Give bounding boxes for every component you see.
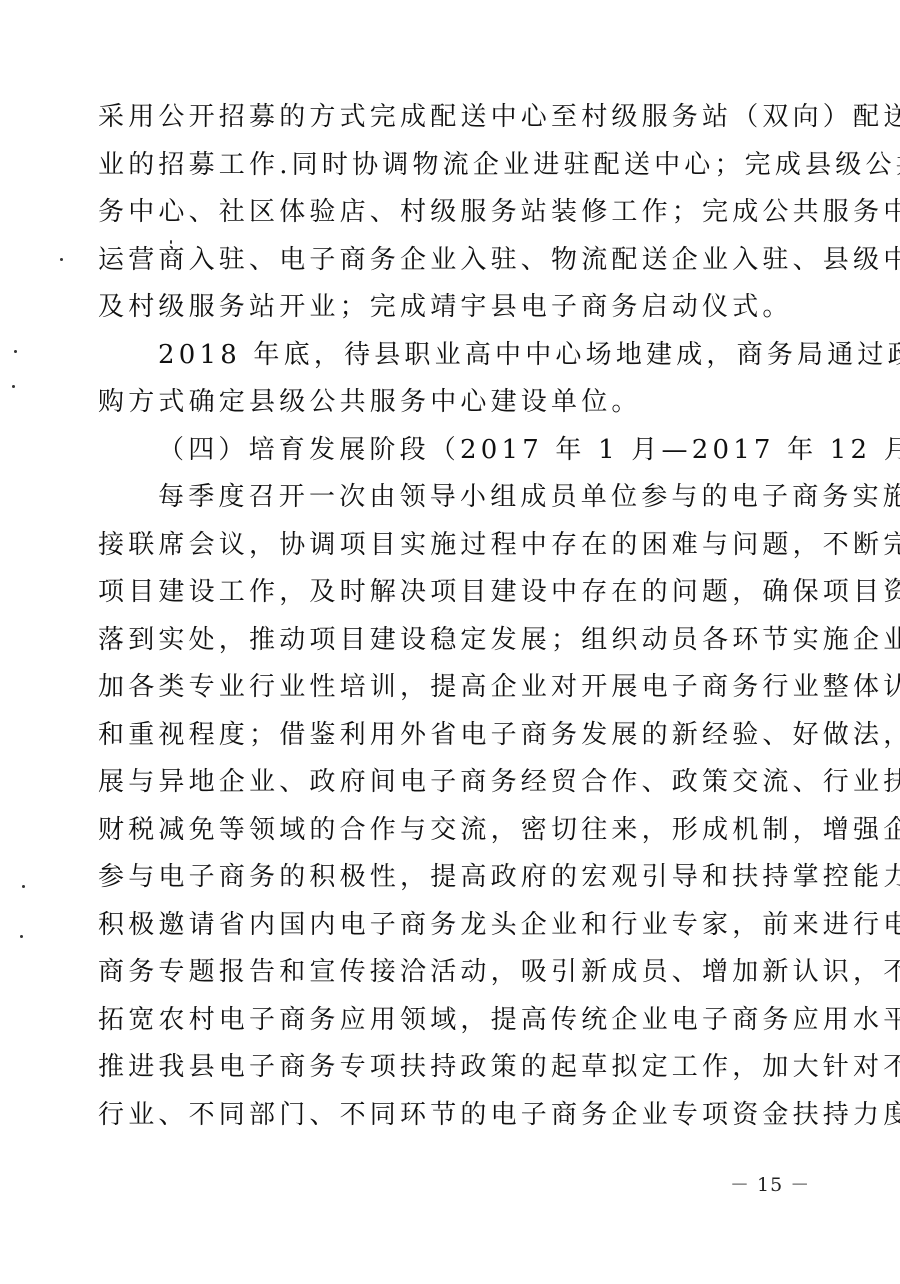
text-line: 务中心、社区体验店、村级服务站装修工作；完成公共服务中心 <box>98 189 802 237</box>
text-line: 采用公开招募的方式完成配送中心至村级服务站（双向）配送企 <box>98 94 802 142</box>
text-line: 每季度召开一次由领导小组成员单位参与的电子商务实施对 <box>98 474 802 522</box>
scan-speck <box>60 258 63 261</box>
text-line: 商务专题报告和宣传接洽活动，吸引新成员、增加新认识，不断 <box>98 949 802 997</box>
text-line: 及村级服务站开业；完成靖宇县电子商务启动仪式。 <box>98 284 802 332</box>
page-number: － 15 － <box>730 1170 810 1197</box>
text-line: 和重视程度；借鉴利用外省电子商务发展的新经验、好做法，开 <box>98 712 802 760</box>
text-line: 财税减免等领域的合作与交流，密切往来，形成机制，增强企业 <box>98 807 802 855</box>
text-line: 接联席会议，协调项目实施过程中存在的困难与问题，不断完善 <box>98 522 802 570</box>
text-line: 展与异地企业、政府间电子商务经贸合作、政策交流、行业扶持、 <box>98 759 802 807</box>
text-line: 行业、不同部门、不同环节的电子商务企业专项资金扶持力度， <box>98 1092 802 1140</box>
text-line: 2018 年底，待县职业高中中心场地建成，商务局通过政府采 <box>98 332 802 380</box>
text-line: 项目建设工作，及时解决项目建设中存在的问题，确保项目资金 <box>98 569 802 617</box>
scan-speck <box>20 935 23 938</box>
text-line: 落到实处，推动项目建设稳定发展；组织动员各环节实施企业参 <box>98 617 802 665</box>
scan-speck <box>14 350 17 353</box>
body-text: 采用公开招募的方式完成配送中心至村级服务站（双向）配送企 业的招募工作.同时协调… <box>98 94 802 1139</box>
text-line: 拓宽农村电子商务应用领域，提高传统企业电子商务应用水平； <box>98 997 802 1045</box>
text-line: 积极邀请省内国内电子商务龙头企业和行业专家，前来进行电子 <box>98 902 802 950</box>
text-line: 加各类专业行业性培训，提高企业对开展电子商务行业整体认识 <box>98 664 802 712</box>
text-line: 推进我县电子商务专项扶持政策的起草拟定工作，加大针对不同 <box>98 1044 802 1092</box>
text-line: 业的招募工作.同时协调物流企业进驻配送中心；完成县级公共服 <box>98 142 802 190</box>
text-line: 参与电子商务的积极性，提高政府的宏观引导和扶持掌控能力； <box>98 854 802 902</box>
text-line: 运营商入驻、电子商务企业入驻、物流配送企业入驻、县级中心 <box>98 237 802 285</box>
text-line: 购方式确定县级公共服务中心建设单位。 <box>98 379 802 427</box>
scan-speck <box>12 385 15 388</box>
document-page: 采用公开招募的方式完成配送中心至村级服务站（双向）配送企 业的招募工作.同时协调… <box>0 0 900 1284</box>
section-heading: （四）培育发展阶段（2017 年 1 月—2017 年 12 月） <box>98 427 802 475</box>
scan-speck <box>22 885 25 888</box>
